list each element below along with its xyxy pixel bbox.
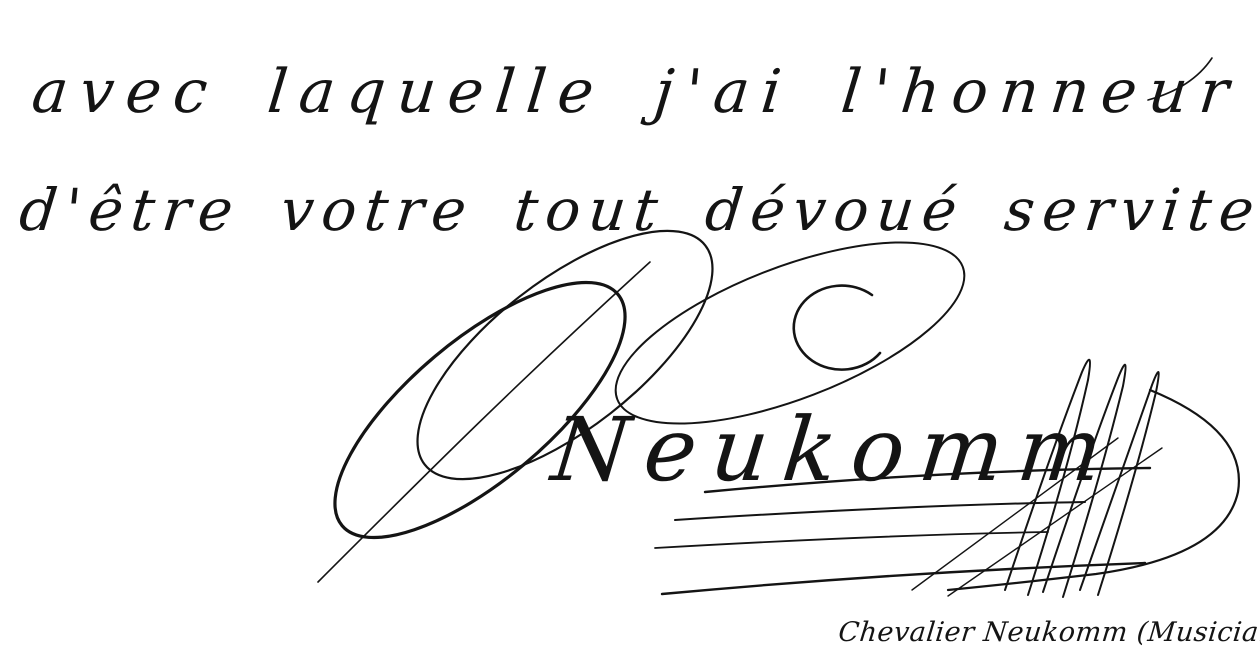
paraph-cross-stroke-3 — [655, 532, 1048, 548]
handwriting-line-1: avec laquelle j'ai l'honneur — [29, 57, 1244, 127]
paraph-cross-stroke-2 — [675, 502, 1085, 520]
handwritten-note-canvas: avec laquelle j'ai l'honneur d'être votr… — [0, 0, 1260, 660]
signature-name: Neukomm — [545, 398, 1122, 501]
handwriting-scan: avec laquelle j'ai l'honneur d'être votr… — [0, 0, 1260, 660]
signature-flourish — [297, 187, 986, 582]
caption: Chevalier Neukomm (Musician) — [837, 617, 1260, 648]
signature-loop-inner-hook — [794, 286, 880, 370]
